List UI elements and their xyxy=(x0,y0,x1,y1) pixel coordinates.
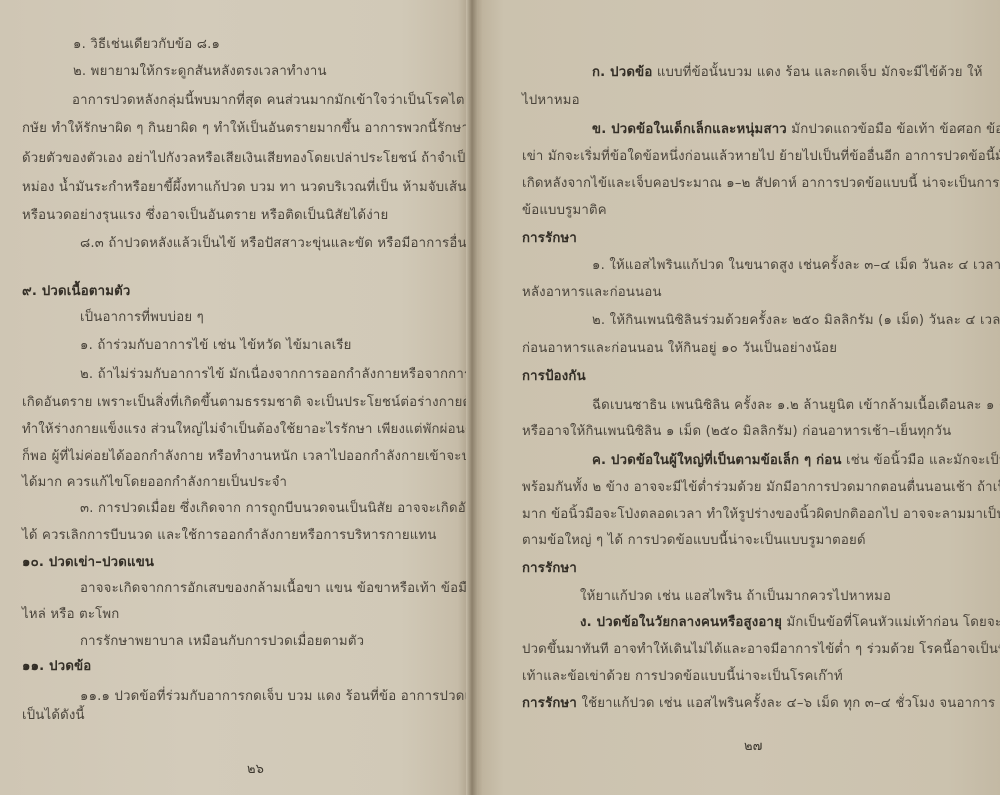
section-heading: การรักษา xyxy=(522,560,577,578)
text-line: ได้มาก ควรแก้ไขโดยออกกำลังกายเป็นประจำ xyxy=(22,474,287,492)
text-line: ไหล่ หรือ ตะโพก xyxy=(22,606,120,624)
book-gutter xyxy=(466,0,478,795)
line-body: เช่น ข้อนิ้วมือ และมักจะเป็น xyxy=(842,453,1000,468)
text-line: อาการปวดหลังกลุ่มนี้พบมากที่สุด คนส่วนมา… xyxy=(72,92,472,110)
lead-heading: ง. ปวดข้อในวัยกลางคนหรือสูงอายุ xyxy=(580,615,782,630)
text-line: พร้อมกันทั้ง ๒ ข้าง อาจจะมีไข้ต่ำร่วมด้ว… xyxy=(522,479,1000,497)
lead-heading: ก. ปวดข้อ xyxy=(592,65,652,80)
text-line: ข. ปวดข้อในเด็กเล็กและหนุ่มสาว มักปวดแถว… xyxy=(592,121,1000,139)
text-line: ก. ปวดข้อ แบบที่ข้อนั้นบวม แดง ร้อน และก… xyxy=(592,64,983,82)
text-line: ปวดขึ้นมาทันที อาจทำให้เดินไม่ได้และอาจม… xyxy=(522,641,1000,659)
lead-heading: ข. ปวดข้อในเด็กเล็กและหนุ่มสาว xyxy=(592,122,787,137)
page-number-right: ๒๗ xyxy=(744,735,762,756)
section-heading: การรักษา xyxy=(522,230,577,248)
text-line: เกิดอันตราย เพราะเป็นสิ่งที่เกิดขึ้นตามธ… xyxy=(22,394,472,412)
right-page: ก. ปวดข้อ แบบที่ข้อนั้นบวม แดง ร้อน และก… xyxy=(472,0,1000,795)
text-line: กษัย ทำให้รักษาผิด ๆ กินยาผิด ๆ ทำให้เป็… xyxy=(22,120,472,138)
line-body: มักเป็นข้อที่โคนหัวแม่เท้าก่อน โดยจะ xyxy=(782,615,1000,630)
section-heading: ๙. ปวดเนื้อตามตัว xyxy=(22,283,130,301)
text-line: ให้ยาแก้ปวด เช่น แอสไพริน ถ้าเป็นมากควรไ… xyxy=(580,588,891,606)
text-line: ๑. ถ้าร่วมกับอาการไข้ เช่น ไข้หวัด ไข้มา… xyxy=(80,337,352,355)
text-line: การรักษา ใช้ยาแก้ปวด เช่น แอสไพรินครั้งล… xyxy=(522,695,995,713)
page-number-left: ๒๖ xyxy=(247,758,264,779)
text-line: หลังอาหารและก่อนนอน xyxy=(522,284,662,302)
text-line: ค. ปวดข้อในผู้ใหญ่ที่เป็นตามข้อเล็ก ๆ ก่… xyxy=(592,452,1000,470)
lead-heading: การรักษา xyxy=(522,696,577,711)
text-line: ๒. ให้กินเพนนิซิลินร่วมด้วยครั้งละ ๒๕๐ ม… xyxy=(592,312,1000,330)
text-line: ๘.๓ ถ้าปวดหลังแล้วเป็นไข้ หรือปัสสาวะขุ่… xyxy=(80,235,472,253)
text-line: เป็นอาการที่พบบ่อย ๆ xyxy=(80,309,204,327)
line-body: แบบที่ข้อนั้นบวม แดง ร้อน และกดเจ็บ มักจ… xyxy=(652,65,982,80)
text-line: ฉีดเบนซาธิน เพนนิซิลิน ครั้งละ ๑.๒ ล้านย… xyxy=(592,397,1000,415)
text-line: หม่อง น้ำมันระกำหรือยาขี้ผึ้งทาแก้ปวด บว… xyxy=(22,179,472,197)
text-line: เข่า มักจะเริ่มที่ข้อใดข้อหนึ่งก่อนแล้วห… xyxy=(522,148,1000,166)
text-line: ก่อนอาหารและก่อนนอน ให้กินอยู่ ๑๐ วันเป็… xyxy=(522,340,837,358)
text-line: ด้วยตัวของตัวเอง อย่าไปกังวลหรือเสียเงิน… xyxy=(22,150,472,168)
text-line: ตามข้อใหญ่ ๆ ได้ การปวดข้อแบบนี้น่าจะเป็… xyxy=(522,532,866,550)
text-line: ได้ ควรเลิกการบีบนวด และใช้การออกกำลังกา… xyxy=(22,527,437,545)
text-line: ๒. ถ้าไม่ร่วมกับอาการไข้ มักเนื่องจากการ… xyxy=(80,366,472,384)
text-line: หรืออาจให้กินเพนนิซิลิน ๑ เม็ด (๒๕๐ มิลล… xyxy=(522,423,951,441)
text-line: เกิดหลังจากไข้และเจ็บคอประมาณ ๑–๒ สัปดาห… xyxy=(522,175,1000,193)
lead-heading: ค. ปวดข้อในผู้ใหญ่ที่เป็นตามข้อเล็ก ๆ ก่… xyxy=(592,453,842,468)
text-line: ๓. การปวดเมื่อย ซึ่งเกิดจาก การถูกบีบนวด… xyxy=(80,500,472,518)
text-line: อาจจะเกิดจากการอักเสบของกล้ามเนื้อขา แขน… xyxy=(80,580,472,598)
text-line: ข้อแบบรูมาติค xyxy=(522,202,607,220)
text-line: เป็นได้ดังนี้ xyxy=(22,707,85,725)
text-line: ๑. ให้แอสไพรินแก้ปวด ในขนาดสูง เช่นครั้ง… xyxy=(592,257,1000,275)
text-line: ๑. วิธีเช่นเดียวกับข้อ ๘.๑ xyxy=(73,36,220,54)
line-body: มักปวดแถวข้อมือ ข้อเท้า ข้อศอก ข้อ xyxy=(787,122,1000,137)
section-heading: ๑๐. ปวดเข่า–ปวดแขน xyxy=(22,554,154,572)
text-line: มาก ข้อนิ้วมือจะโป่งตลอดเวลา ทำให้รูปร่า… xyxy=(522,506,1000,524)
line-body: ใช้ยาแก้ปวด เช่น แอสไพรินครั้งละ ๔–๖ เม็… xyxy=(577,696,995,711)
text-line: ไปหาหมอ xyxy=(522,92,580,110)
text-line: ทำให้ร่างกายแข็งแรง ส่วนใหญ่ไม่จำเป็นต้อ… xyxy=(22,421,472,439)
section-heading: ๑๑. ปวดข้อ xyxy=(22,658,91,676)
text-line: ง. ปวดข้อในวัยกลางคนหรือสูงอายุ มักเป็นข… xyxy=(580,614,1000,632)
left-page: ๑. วิธีเช่นเดียวกับข้อ ๘.๑๒. พยายามให้กร… xyxy=(0,0,472,795)
text-line: ๒. พยายามให้กระดูกสันหลังตรงเวลาทำงาน xyxy=(73,63,327,81)
text-line: ก็พอ ผู้ที่ไม่ค่อยได้ออกกำลังกาย หรือทำง… xyxy=(22,448,472,466)
section-heading: การป้องกัน xyxy=(522,368,586,386)
text-line: ๑๑.๑ ปวดข้อที่ร่วมกับอาการกดเจ็บ บวม แดง… xyxy=(80,688,472,706)
text-line: เท้าและข้อเข่าด้วย การปวดข้อแบบนี้น่าจะเ… xyxy=(522,668,843,686)
text-line: หรือนวดอย่างรุนแรง ซึ่งอาจเป็นอันตราย หร… xyxy=(22,207,388,225)
text-line: การรักษาพยาบาล เหมือนกับการปวดเมื่อยตามต… xyxy=(80,633,364,651)
